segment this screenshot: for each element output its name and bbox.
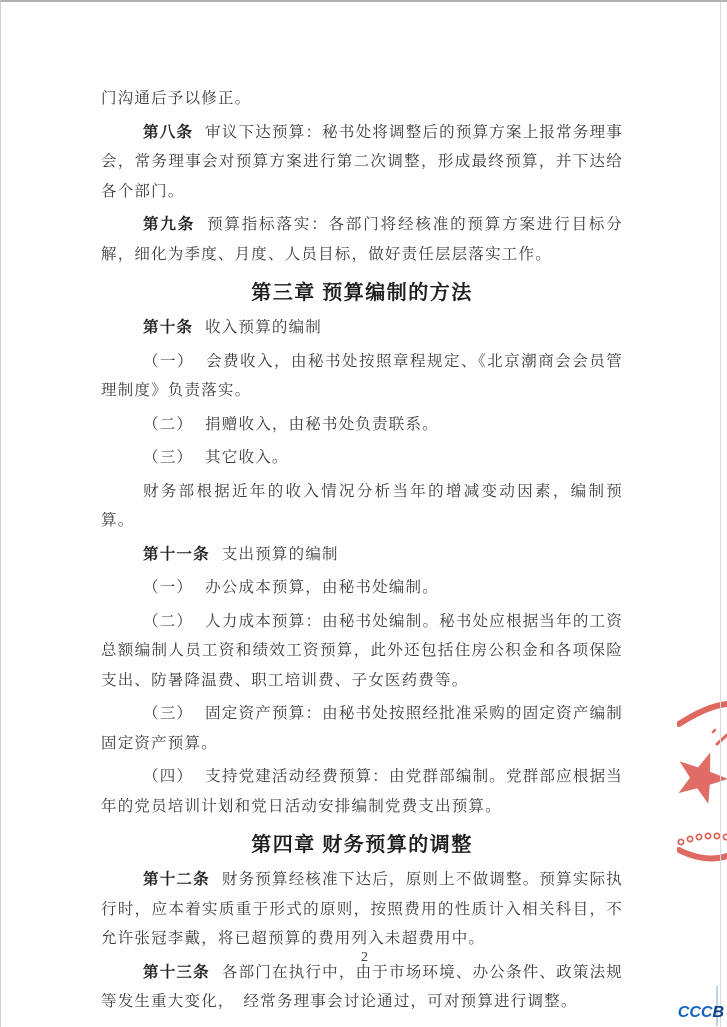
article-paragraph: 第八条审议下达预算：秘书处将调整后的预算方案上报常务理事会，常务理事会对预算方案… xyxy=(101,118,623,207)
chapter-heading: 第四章 财务预算的调整 xyxy=(101,830,623,860)
article-number: 第八条 xyxy=(143,124,193,141)
page-number: 2 xyxy=(1,950,727,966)
indent-paragraph: 财务部根据近年的收入情况分析当年的增减变动因素，编制预算。 xyxy=(101,477,623,536)
item-number: （三） xyxy=(143,705,193,722)
item-number: （一） xyxy=(143,353,194,370)
item-paragraph: （三）固定资产预算：由秘书处按照经批准采购的固定资产编制固定资产预算。 xyxy=(101,699,623,758)
item-number: （二） xyxy=(143,416,193,433)
cccb-logo: CCCB xyxy=(678,1004,724,1022)
article-number: 第十三条 xyxy=(143,964,210,981)
article-paragraph: 第十条收入预算的编制 xyxy=(101,313,623,343)
chapter-heading: 第三章 预算编制的方法 xyxy=(101,278,623,308)
continuation-paragraph: 门沟通后予以修正。 xyxy=(101,84,623,114)
article-number: 第十一条 xyxy=(143,546,210,563)
item-paragraph: （三）其它收入。 xyxy=(101,443,623,473)
article-paragraph: 第十二条财务预算经核准下达后，原则上不做调整。预算实际执行时，应本着实质重于形式… xyxy=(101,865,623,954)
document-body: 门沟通后予以修正。第八条审议下达预算：秘书处将调整后的预算方案上报常务理事会，常… xyxy=(101,84,623,1021)
scanned-document-page: 门沟通后予以修正。第八条审议下达预算：秘书处将调整后的预算方案上报常务理事会，常… xyxy=(0,0,727,1027)
item-paragraph: （一）办公成本预算，由秘书处编制。 xyxy=(101,573,623,603)
article-paragraph: 第十三条各部门在执行中，由于市场环境、办公条件、政策法规等发生重大变化， 经常务… xyxy=(101,958,623,1017)
scan-edge-line xyxy=(720,2,721,1027)
item-number: （二） xyxy=(143,613,193,630)
article-number: 第九条 xyxy=(143,216,195,233)
article-paragraph: 第九条预算指标落实：各部门将经核准的预算方案进行目标分解，细化为季度、月度、人员… xyxy=(101,210,623,269)
article-paragraph: 第十一条支出预算的编制 xyxy=(101,540,623,570)
item-number: （四） xyxy=(143,768,193,785)
item-number: （三） xyxy=(143,449,193,466)
item-number: （一） xyxy=(143,579,193,596)
item-paragraph: （二）捐赠收入，由秘书处负责联系。 xyxy=(101,410,623,440)
article-number: 第十条 xyxy=(143,319,193,336)
item-paragraph: （四）支持党建活动经费预算：由党群部编制。党群部应根据当年的党员培训计划和党日活… xyxy=(101,762,623,821)
item-paragraph: （一）会费收入，由秘书处按照章程规定、《北京潮商会会员管理制度》负责落实。 xyxy=(101,347,623,406)
cccb-logo-text-suffix: B xyxy=(712,1004,724,1021)
cccb-logo-text: CCC xyxy=(678,1004,713,1021)
item-paragraph: （二）人力成本预算：由秘书处编制。秘书处应根据当年的工资总额编制人员工资和绩效工… xyxy=(101,607,623,696)
article-number: 第十二条 xyxy=(143,871,210,888)
